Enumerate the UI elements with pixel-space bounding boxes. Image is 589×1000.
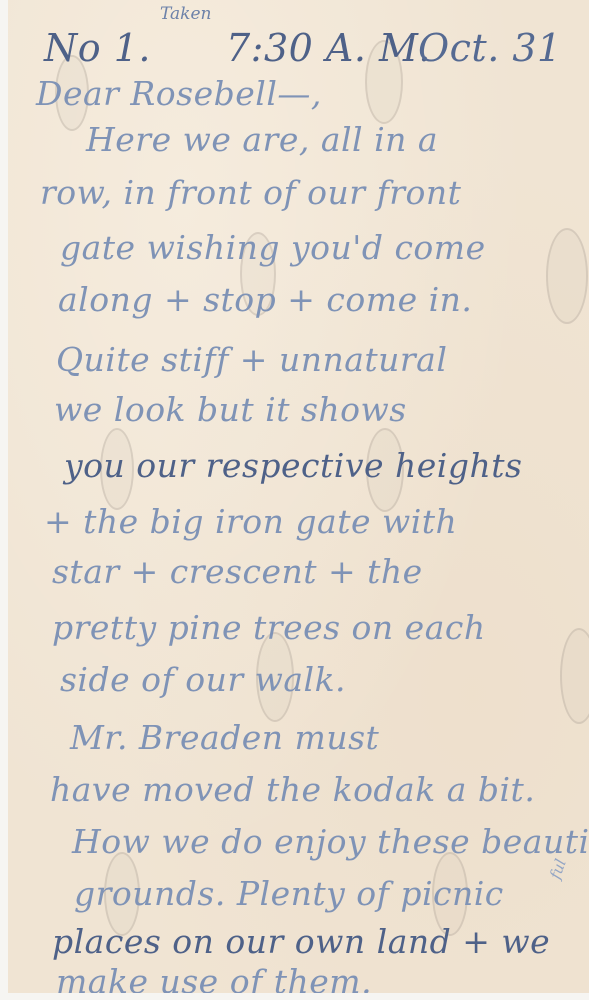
scan-edge-bottom	[0, 993, 589, 1000]
card-number: No 1.	[44, 26, 151, 70]
letter-line: places on our own land + we	[52, 922, 550, 961]
letter-line: make use of them.	[56, 962, 372, 993]
letter-line: row, in front of our front	[40, 173, 461, 212]
letter-line: How we do enjoy these beauti	[72, 822, 589, 861]
postcard-back: Taken No 1. 7:30 A. M. Oct. 31 Dear Rose…	[8, 0, 589, 993]
letter-line: have moved the kodak a bit.	[50, 770, 535, 809]
taken-annotation: Taken	[160, 4, 211, 24]
letter-line: Quite stiff + unnatural	[56, 340, 447, 379]
time-taken: 7:30 A. M.	[226, 26, 431, 70]
letter-line: Mr. Breaden must	[70, 718, 379, 757]
letter-line: pretty pine trees on each	[52, 608, 486, 647]
letter-line: we look but it shows	[54, 390, 407, 429]
letter-line: along + stop + come in.	[58, 280, 472, 319]
letter-line: Here we are, all in a	[86, 120, 438, 159]
salutation: Dear Rosebell—,	[36, 74, 322, 113]
letter-line: star + crescent + the	[52, 552, 423, 591]
letter-line: you our respective heights	[64, 446, 522, 485]
date: Oct. 31	[418, 26, 562, 70]
stamp-mark	[546, 228, 588, 324]
stamp-mark	[560, 628, 589, 724]
letter-line: + the big iron gate with	[44, 502, 457, 541]
letter-line: gate wishing you'd come	[60, 228, 486, 267]
scan-edge-left	[0, 0, 8, 1000]
letter-line: grounds. Plenty of picnic	[74, 874, 504, 913]
letter-line: side of our walk.	[60, 660, 346, 699]
